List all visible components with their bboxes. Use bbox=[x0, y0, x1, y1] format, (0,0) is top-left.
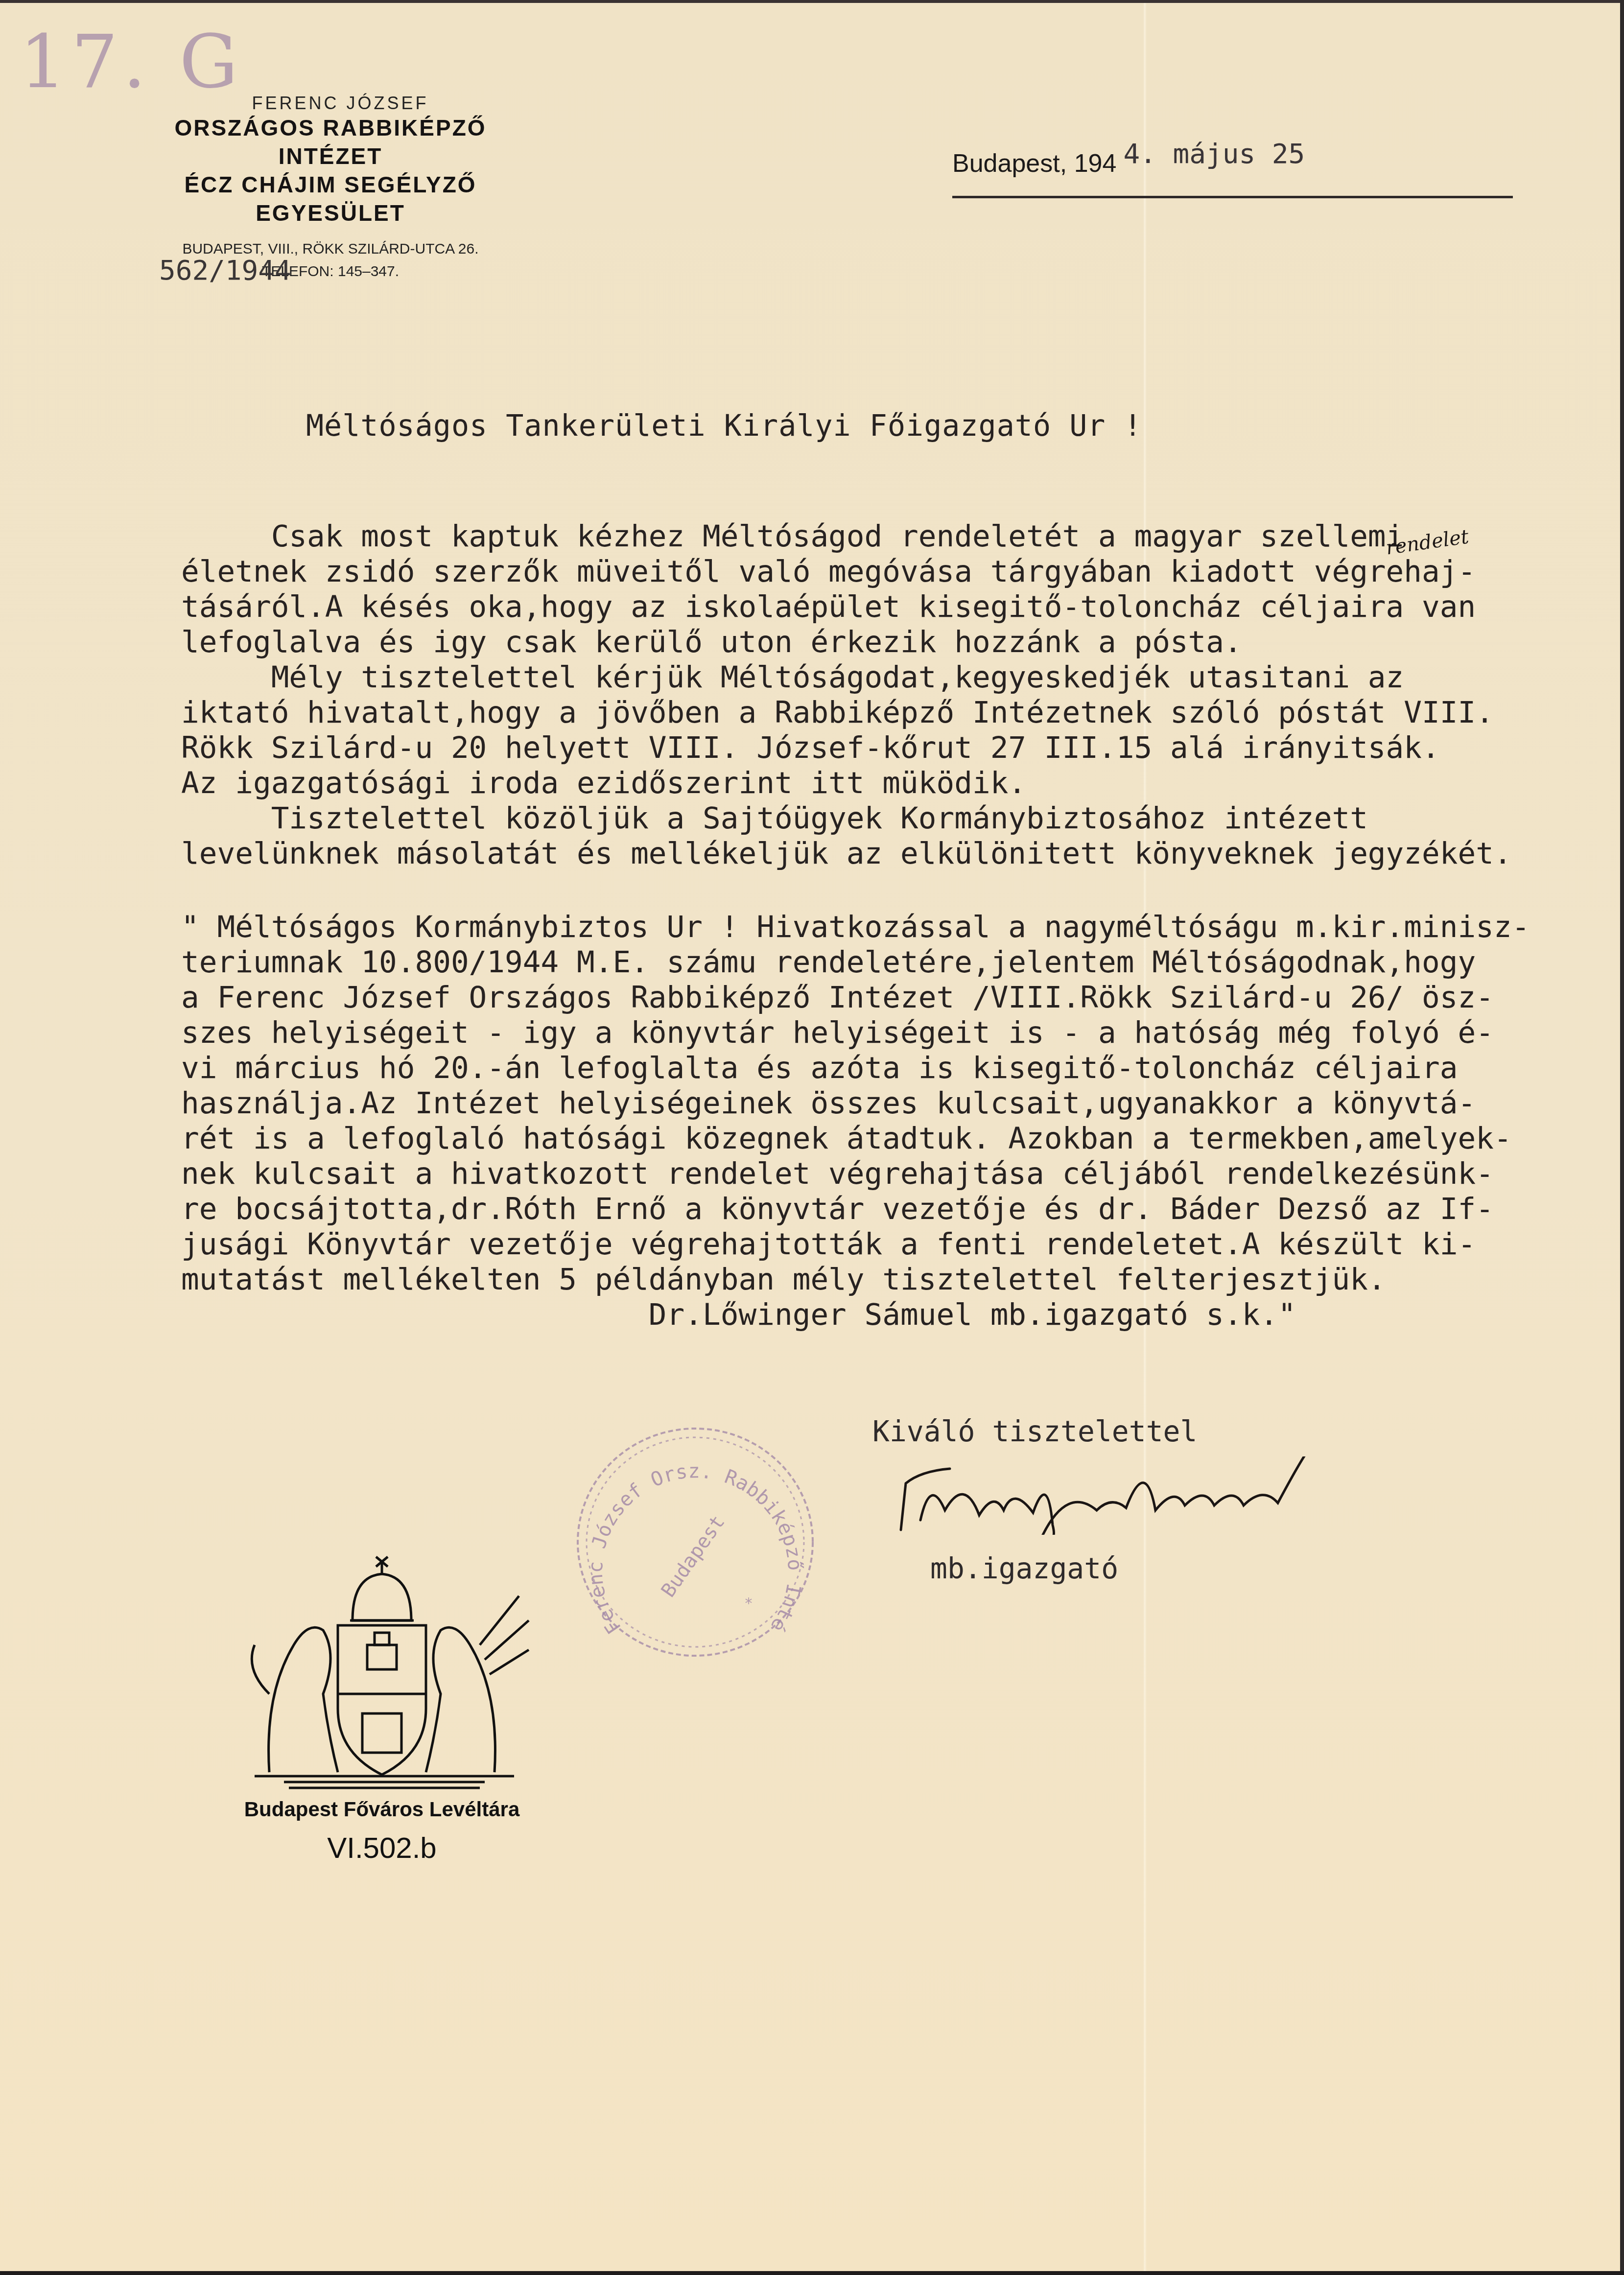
salutation: Méltóságos Tankerületi Királyi Főigazgat… bbox=[306, 409, 1142, 443]
svg-text:Budapest: Budapest bbox=[657, 1511, 730, 1601]
quoted-line: mutatást mellékelten 5 példányban mély t… bbox=[181, 1262, 1386, 1297]
quoted-line: " Méltóságos Kormánybiztos Ur ! Hivatkoz… bbox=[181, 910, 1530, 944]
date-rule bbox=[952, 196, 1513, 198]
quoted-line: vi március hó 20.-án lefoglalta és azóta… bbox=[181, 1051, 1458, 1085]
body-line: levelünknek másolatát és mellékeljük az … bbox=[181, 836, 1512, 871]
archive-mark: 17. G bbox=[20, 20, 243, 105]
budapest-coat-of-arms-icon bbox=[225, 1547, 539, 1792]
quoted-line: teriumnak 10.800/1944 M.E. számu rendele… bbox=[181, 945, 1476, 980]
quoted-line: használja.Az Intézet helyiségeinek össze… bbox=[181, 1086, 1476, 1121]
archive-code: VI.502.b bbox=[206, 1831, 558, 1865]
letter-page: 17. G FERENC JÓZSEF ORSZÁGOS RABBIKÉPZŐ … bbox=[0, 0, 1624, 2275]
body-line: Az igazgatósági iroda ezidőszerint itt m… bbox=[181, 766, 1026, 800]
body-line: Mély tisztelettel kérjük Méltóságodat,ke… bbox=[181, 660, 1404, 695]
body-line: Csak most kaptuk kézhez Méltóságod rende… bbox=[181, 519, 1404, 554]
body-line: Rökk Szilárd-u 20 helyett VIII. József-k… bbox=[181, 730, 1440, 765]
archive-block: Budapest Főváros Levéltára VI.502.b bbox=[206, 1547, 558, 1865]
signer-title: mb.igazgató bbox=[930, 1552, 1118, 1585]
scan-edge-top bbox=[0, 0, 1624, 3]
quoted-line: jusági Könyvtár vezetője végrehajtották … bbox=[181, 1227, 1476, 1262]
quoted-line: nek kulcsait a hivatkozott rendelet végr… bbox=[181, 1156, 1494, 1191]
quoted-line: Dr.Lőwinger Sámuel mb.igazgató s.k." bbox=[181, 1297, 1296, 1332]
body-line: lefoglalva és igy csak kerülő uton érkez… bbox=[181, 625, 1242, 659]
letterhead-line2: ORSZÁGOS RABBIKÉPZŐ INTÉZET bbox=[120, 114, 541, 170]
closing-phrase: Kiváló tisztelettel bbox=[872, 1415, 1197, 1448]
quoted-line: szes helyiségeit - igy a könyvtár helyis… bbox=[181, 1015, 1494, 1050]
scan-edge-right bbox=[1620, 0, 1624, 2275]
body-line: tásáról.A késés oka,hogy az iskolaépület… bbox=[181, 589, 1476, 624]
scan-edge-bottom bbox=[0, 2271, 1624, 2275]
letterhead-line1: FERENC JÓZSEF bbox=[140, 93, 541, 114]
handwritten-signature-icon bbox=[891, 1456, 1332, 1535]
body-line: életnek zsidó szerzők müveitől való megó… bbox=[181, 554, 1476, 589]
body-line: Tisztelettel közöljük a Sajtóügyek Kormá… bbox=[181, 801, 1368, 836]
dateline: Budapest, 1944. május 25 bbox=[952, 147, 1513, 179]
letterhead-line3: ÉCZ CHÁJIM SEGÉLYZŐ EGYESÜLET bbox=[120, 170, 541, 227]
date-printed: Budapest, 194 bbox=[952, 149, 1116, 178]
svg-text:*: * bbox=[744, 1595, 753, 1612]
body-line: iktató hivatalt,hogy a jövőben a Rabbiké… bbox=[181, 695, 1494, 730]
quoted-line: re bocsájtotta,dr.Róth Ernő a könyvtár v… bbox=[181, 1192, 1494, 1226]
reference-number: 562/1944 bbox=[159, 255, 291, 286]
date-typed: 4. május 25 bbox=[1123, 138, 1305, 170]
quoted-line: a Ferenc József Országos Rabbiképző Inté… bbox=[181, 980, 1494, 1015]
svg-text:Ferenc József Orsz. Rabbiképző: Ferenc József Orsz. Rabbiképző Intézet bbox=[568, 1417, 806, 1638]
quoted-line: rét is a lefoglaló hatósági közegnek áta… bbox=[181, 1121, 1512, 1156]
archive-name: Budapest Főváros Levéltára bbox=[206, 1798, 558, 1821]
round-stamp-icon: Ferenc József Orsz. Rabbiképző Intézet B… bbox=[568, 1417, 823, 1662]
